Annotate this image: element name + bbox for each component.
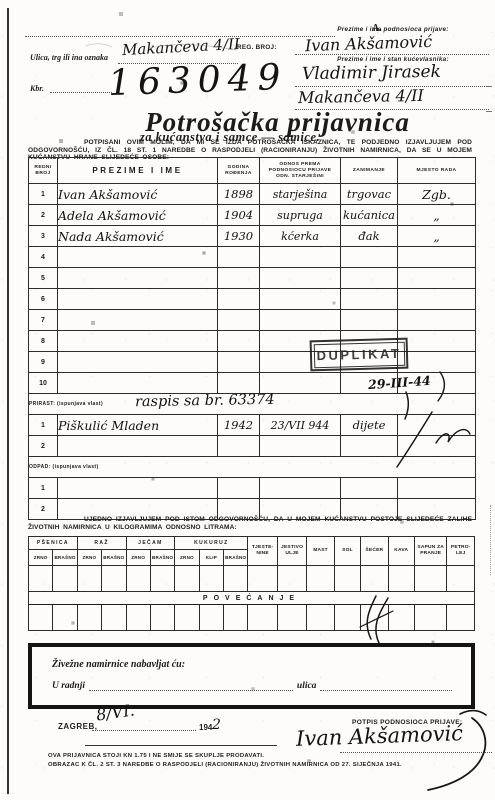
cell-year [218, 478, 260, 499]
cell-year [218, 268, 260, 289]
group-raz: RAŽ [77, 537, 126, 550]
cell-place: „ [398, 205, 476, 226]
povecanje-band-row: POVEĆANJE [29, 592, 475, 605]
supply-cell [199, 605, 223, 631]
prirast-note-handwriting: raspis sa br. 63374 [135, 392, 275, 410]
cell-place [398, 247, 476, 268]
cell-year: 1930 [218, 226, 260, 247]
sub-brasno: BRAŠNO [150, 550, 174, 566]
supply-cell [77, 605, 101, 631]
shop-name-line [89, 682, 293, 691]
supply-cell [248, 605, 277, 631]
supply-cell [248, 566, 277, 592]
odpad-divider-row: ODPAD: (ispunjava vlast) [29, 457, 476, 478]
supply-cell [388, 566, 414, 592]
cell-place: Zgb. [398, 184, 476, 205]
cell-place [398, 436, 476, 457]
fine-print-2: OBRAZAC K ČL. 2 ST. 3 NAREDBE O RASPODJE… [48, 762, 408, 768]
col-secer: ŠEĆER [361, 537, 388, 566]
table-row: 2Adela Akšamović1904suprugakućanica„ [29, 205, 476, 226]
supply-cell [224, 566, 248, 592]
cell-num: 6 [29, 289, 58, 310]
group-psenica: PŠENICA [29, 537, 78, 550]
cell-year [218, 436, 260, 457]
cell-year [218, 310, 260, 331]
supply-cell [102, 566, 126, 592]
fine-print-rule [85, 745, 277, 746]
table-row: 7 [29, 310, 476, 331]
cell-year [218, 373, 260, 394]
supply-cell [414, 566, 447, 592]
supply-cell [447, 605, 475, 631]
cell-name: Ivan Akšamović [58, 184, 218, 205]
duplikat-stamp: DUPLIKAT [310, 338, 409, 372]
col-mast: MAST [307, 537, 334, 566]
cell-num: 3 [29, 226, 58, 247]
cell-name [58, 478, 218, 499]
cell-occupation [341, 310, 398, 331]
col-sapun: SAPUN ZA PRANJE [414, 537, 447, 566]
applicant-label: Prezime i ime podnosioca prijave: [297, 26, 489, 33]
household-members-table: REDNI BROJ PREZIME I IME GODINA ROĐENJA … [28, 157, 476, 520]
date-handwriting: 8/VI. [95, 700, 136, 724]
sub-zrno: ZRNO [126, 550, 150, 566]
table-row: 1Piškulić Mladen194223/VII 944dijete [29, 415, 476, 436]
cell-year [218, 289, 260, 310]
supply-cell [150, 566, 174, 592]
cell-relation [260, 289, 341, 310]
table-row: 3Nada Akšamović1930kćerkađak„ [29, 226, 476, 247]
cell-name [58, 436, 218, 457]
header-redni-broj: REDNI BROJ [29, 158, 58, 184]
food-supplies-table: PŠENICA RAŽ JEČAM KUKURUZ TJESTE-NINE JE… [28, 536, 475, 631]
table-row: 5 [29, 268, 476, 289]
supply-cell [334, 566, 360, 592]
supply-cell [414, 605, 447, 631]
reg-number-handwriting: 163049 [107, 57, 288, 104]
supply-cell [150, 605, 174, 631]
cell-occupation [341, 436, 398, 457]
cell-place [398, 268, 476, 289]
supply-cell [277, 566, 306, 592]
header-godina: GODINA ROĐENJA [218, 158, 260, 184]
cell-year: 1942 [218, 415, 260, 436]
col-petrolej: PETRO-LEJ [447, 537, 475, 566]
members-header-row: REDNI BROJ PREZIME I IME GODINA ROĐENJA … [29, 158, 476, 184]
header-odnos: ODNOS PREMA PODNOSIOCU PRIJAVE ODN. STAR… [260, 158, 341, 184]
cell-occupation [341, 247, 398, 268]
cell-relation: 23/VII 944 [260, 415, 341, 436]
table-row: 2 [29, 436, 476, 457]
sub-brasno: BRAŠNO [102, 550, 126, 566]
year-handwriting: 2 [212, 717, 221, 733]
supply-cell [175, 605, 199, 631]
table-row: 4 [29, 247, 476, 268]
cell-relation [260, 268, 341, 289]
supply-cell [307, 605, 334, 631]
sub-zrno: ZRNO [175, 550, 199, 566]
cell-num: 9 [29, 352, 58, 373]
supply-cell [388, 605, 414, 631]
kbr-line [50, 84, 112, 93]
col-jestivo-ulje: JESTIVO ULJE [277, 537, 306, 566]
supply-cell [224, 605, 248, 631]
cell-relation [260, 436, 341, 457]
col-sol: SOL [334, 537, 360, 566]
cell-name: Piškulić Mladen [58, 415, 218, 436]
supply-cell [307, 566, 334, 592]
top-blank-line [25, 30, 335, 37]
group-kukuruz: KUKURUZ [175, 537, 248, 550]
cell-place [398, 289, 476, 310]
supplies-empty-row [29, 566, 475, 592]
cell-name [58, 268, 218, 289]
cell-occupation [341, 478, 398, 499]
cell-name [58, 310, 218, 331]
supply-cell [126, 605, 150, 631]
cell-year [218, 331, 260, 352]
cell-num: 2 [29, 436, 58, 457]
cell-occupation [341, 268, 398, 289]
sub-klip: KLIP [199, 550, 223, 566]
cell-occupation: đak [341, 226, 398, 247]
cell-name [58, 373, 218, 394]
cell-place [398, 415, 476, 436]
supply-cell [53, 605, 77, 631]
supply-cell [277, 605, 306, 631]
cell-num: 8 [29, 331, 58, 352]
table-row: 8 [29, 331, 476, 352]
shop-declaration-box: Živežne namirnice nabavljat ću: U radnji… [28, 643, 475, 709]
shop-box-ulica: ulica [297, 681, 317, 691]
header-zanimanje: ZANIMANJE [341, 158, 398, 184]
supplies-empty-row [29, 605, 475, 631]
sub-brasno: BRAŠNO [224, 550, 248, 566]
col-tjestenine: TJESTE-NINE [248, 537, 277, 566]
povecanje-label: POVEĆANJE [29, 592, 475, 605]
shop-street-line [320, 682, 452, 691]
cell-occupation: trgovac [341, 184, 398, 205]
cell-relation [260, 478, 341, 499]
table-row: 1Ivan Akšamović1898starješinatrgovacZgb. [29, 184, 476, 205]
cell-place: „ [398, 226, 476, 247]
cell-num: 4 [29, 247, 58, 268]
header-mjesto-rada: MJESTO RADA [398, 158, 476, 184]
cell-occupation: kućanica [341, 205, 398, 226]
supply-cell [29, 566, 53, 592]
cell-num: 1 [29, 478, 58, 499]
cell-name: Nada Akšamović [58, 226, 218, 247]
supply-cell [175, 566, 199, 592]
cell-num: 1 [29, 184, 58, 205]
cell-name [58, 352, 218, 373]
cell-year: 1904 [218, 205, 260, 226]
cell-name [58, 247, 218, 268]
cell-relation [260, 247, 341, 268]
supplies-declaration: UJEDNO IZJAVLJUJEM POD ISTOM ODGOVORNOŠĆ… [28, 516, 472, 532]
cell-num: 5 [29, 268, 58, 289]
cell-num: 2 [29, 205, 58, 226]
street-label: Ulica, trg ili ina oznaka [30, 53, 108, 62]
cell-occupation: dijete [341, 415, 398, 436]
reg-broj-label: REG. BROJ: [237, 44, 277, 51]
cell-name: Adela Akšamović [58, 205, 218, 226]
supply-cell [77, 566, 101, 592]
sub-zrno: ZRNO [77, 550, 101, 566]
cell-relation: kćerka [260, 226, 341, 247]
cell-relation [260, 373, 341, 394]
supply-cell [53, 566, 77, 592]
cell-num: 7 [29, 310, 58, 331]
shop-box-u-radnji: U radnji [52, 681, 85, 691]
supply-cell [126, 566, 150, 592]
table-row: 9 [29, 352, 476, 373]
cell-relation [260, 310, 341, 331]
cell-year: 1898 [218, 184, 260, 205]
supply-cell [361, 605, 388, 631]
supply-cell [29, 605, 53, 631]
year-print: 194 [199, 723, 212, 732]
cell-relation: supruga [260, 205, 341, 226]
applicant-line [295, 48, 489, 55]
cell-year [218, 352, 260, 373]
cell-year [218, 247, 260, 268]
supply-cell [334, 605, 360, 631]
cell-num: 10 [29, 373, 58, 394]
cell-num: 1 [29, 415, 58, 436]
scanned-form-page: A. Ulica, trg ili ina oznaka Makančeva 4… [0, 0, 495, 800]
supplies-group-header-row: PŠENICA RAŽ JEČAM KUKURUZ TJESTE-NINE JE… [29, 537, 475, 550]
group-jecam: JEČAM [126, 537, 175, 550]
cell-relation: starješina [260, 184, 341, 205]
cell-place [398, 478, 476, 499]
cell-name [58, 331, 218, 352]
table-row: 6 [29, 289, 476, 310]
supply-cell [361, 566, 388, 592]
cell-occupation [341, 289, 398, 310]
duplikat-stamp-text: DUPLIKAT [316, 346, 401, 363]
cell-place [398, 331, 476, 352]
col-kava: KAVA [388, 537, 414, 566]
date-line [92, 722, 196, 731]
supply-cell [102, 605, 126, 631]
signature-line [340, 746, 492, 753]
kbr-label: Kbr. [30, 84, 44, 93]
header-prezime-ime: PREZIME I IME [58, 158, 218, 184]
fine-print-1: OVA PRIJAVNICA STOJI KN 1.75 I NE SMIJE … [48, 753, 378, 759]
scan-right-edge-dots [490, 505, 492, 575]
cell-name [58, 289, 218, 310]
cell-place [398, 352, 476, 373]
odpad-label: ODPAD: (ispunjava vlast) [29, 457, 476, 478]
sub-brasno: BRAŠNO [53, 550, 77, 566]
shop-box-line1: Živežne namirnice nabavljat ću: [52, 659, 185, 670]
scan-left-edge-line [7, 8, 9, 794]
table-row: 1 [29, 478, 476, 499]
cell-place [398, 310, 476, 331]
scan-noise-specks [0, 0, 2, 2]
supply-cell [199, 566, 223, 592]
supply-cell [447, 566, 475, 592]
sub-zrno: ZRNO [29, 550, 53, 566]
